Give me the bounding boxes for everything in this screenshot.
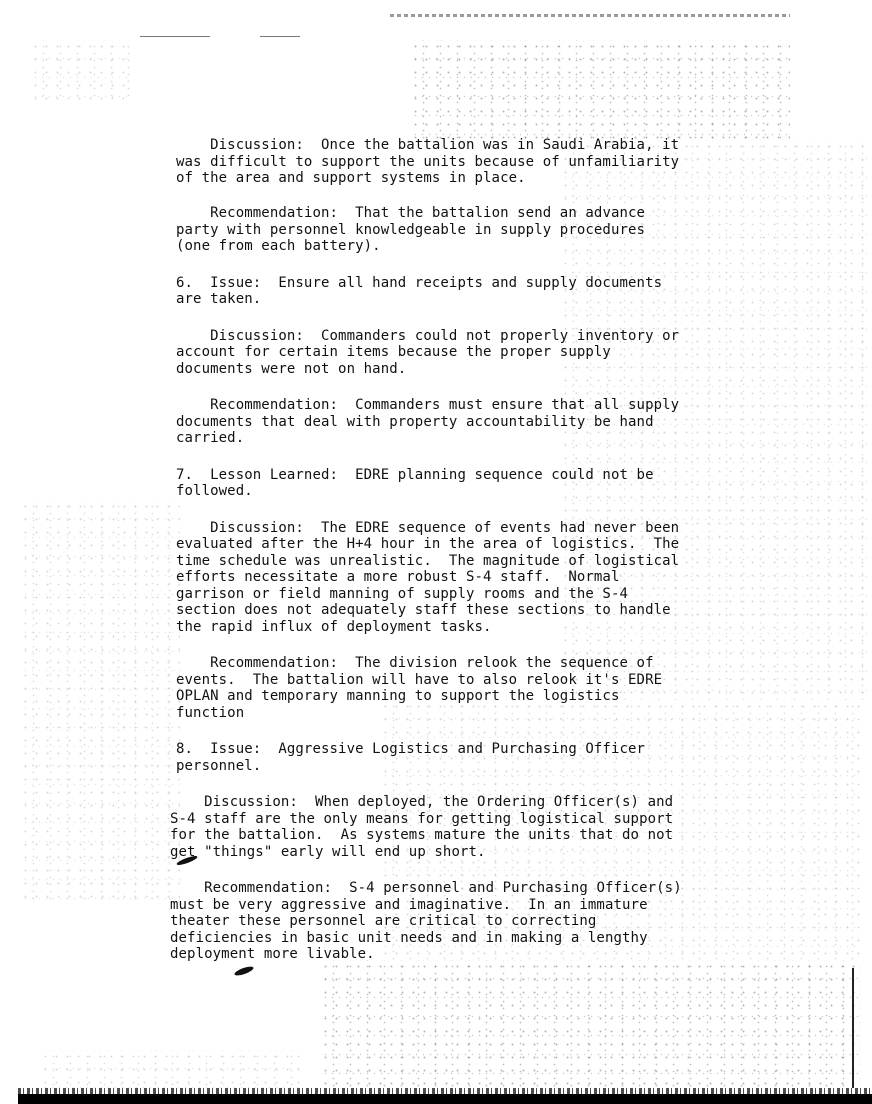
- recommendation-block: Recommendation: Commanders must ensure t…: [176, 397, 796, 447]
- discussion-block: Discussion: Once the battalion was in Sa…: [176, 137, 796, 187]
- issue-6-block: 6. Issue: Ensure all hand receipts and s…: [176, 275, 796, 308]
- text-line: documents were not on hand.: [176, 361, 796, 378]
- scan-noise: [20, 500, 180, 900]
- scan-noise: [320, 960, 860, 1090]
- text-line: are taken.: [176, 291, 796, 308]
- text-line: garrison or field manning of supply room…: [176, 586, 796, 603]
- recommendation-block: Recommendation: That the battalion send …: [176, 205, 796, 255]
- text-line: party with personnel knowledgeable in su…: [176, 222, 796, 239]
- text-line: get "things" early will end up short.: [170, 844, 796, 861]
- text-line: deficiencies in basic unit needs and in …: [170, 930, 796, 947]
- text-line: S-4 staff are the only means for getting…: [170, 811, 796, 828]
- text-line: account for certain items because the pr…: [176, 344, 796, 361]
- text-line: function: [176, 705, 796, 722]
- top-scan-artifact: [390, 14, 790, 17]
- recommendation-block: Recommendation: S-4 personnel and Purcha…: [170, 880, 796, 963]
- top-dash-mark: [140, 36, 210, 37]
- ink-smudge: [234, 965, 255, 977]
- text-line: carried.: [176, 430, 796, 447]
- page-edge-line: [852, 968, 854, 1088]
- bottom-scan-bar: [18, 1094, 872, 1104]
- text-line: for the battalion. As systems mature the…: [170, 827, 796, 844]
- text-line: Discussion: The EDRE sequence of events …: [176, 520, 796, 537]
- top-dash-mark: [260, 36, 300, 37]
- text-line: efforts necessitate a more robust S-4 st…: [176, 569, 796, 586]
- text-line: section does not adequately staff these …: [176, 602, 796, 619]
- text-line: Discussion: Commanders could not properl…: [176, 328, 796, 345]
- text-line: OPLAN and temporary manning to support t…: [176, 688, 796, 705]
- text-line: must be very aggressive and imaginative.…: [170, 897, 796, 914]
- text-line: the rapid influx of deployment tasks.: [176, 619, 796, 636]
- text-line: 7. Lesson Learned: EDRE planning sequenc…: [176, 467, 796, 484]
- text-line: of the area and support systems in place…: [176, 170, 796, 187]
- scan-noise: [40, 1050, 300, 1090]
- text-line: theater these personnel are critical to …: [170, 913, 796, 930]
- text-line: 8. Issue: Aggressive Logistics and Purch…: [176, 741, 796, 758]
- discussion-block: Discussion: Commanders could not properl…: [176, 328, 796, 378]
- text-line: Recommendation: The division relook the …: [176, 655, 796, 672]
- issue-8-block: 8. Issue: Aggressive Logistics and Purch…: [176, 741, 796, 774]
- text-line: followed.: [176, 483, 796, 500]
- text-line: Discussion: When deployed, the Ordering …: [170, 794, 796, 811]
- discussion-block: Discussion: When deployed, the Ordering …: [170, 794, 796, 860]
- scan-noise: [410, 40, 790, 140]
- lesson-7-block: 7. Lesson Learned: EDRE planning sequenc…: [176, 467, 796, 500]
- document-body: Discussion: Once the battalion was in Sa…: [176, 137, 796, 963]
- text-line: events. The battalion will have to also …: [176, 672, 796, 689]
- recommendation-block: Recommendation: The division relook the …: [176, 655, 796, 721]
- text-line: personnel.: [176, 758, 796, 775]
- text-line: 6. Issue: Ensure all hand receipts and s…: [176, 275, 796, 292]
- text-line: (one from each battery).: [176, 238, 796, 255]
- text-line: was difficult to support the units becau…: [176, 154, 796, 171]
- discussion-block: Discussion: The EDRE sequence of events …: [176, 520, 796, 636]
- scanned-document-page: Discussion: Once the battalion was in Sa…: [0, 0, 872, 1104]
- text-line: time schedule was unrealistic. The magni…: [176, 553, 796, 570]
- text-line: Recommendation: Commanders must ensure t…: [176, 397, 796, 414]
- scan-noise: [30, 40, 130, 100]
- text-line: Recommendation: That the battalion send …: [176, 205, 796, 222]
- text-line: Discussion: Once the battalion was in Sa…: [176, 137, 796, 154]
- text-line: evaluated after the H+4 hour in the area…: [176, 536, 796, 553]
- text-line: Recommendation: S-4 personnel and Purcha…: [170, 880, 796, 897]
- text-line: deployment more livable.: [170, 946, 796, 963]
- text-line: documents that deal with property accoun…: [176, 414, 796, 431]
